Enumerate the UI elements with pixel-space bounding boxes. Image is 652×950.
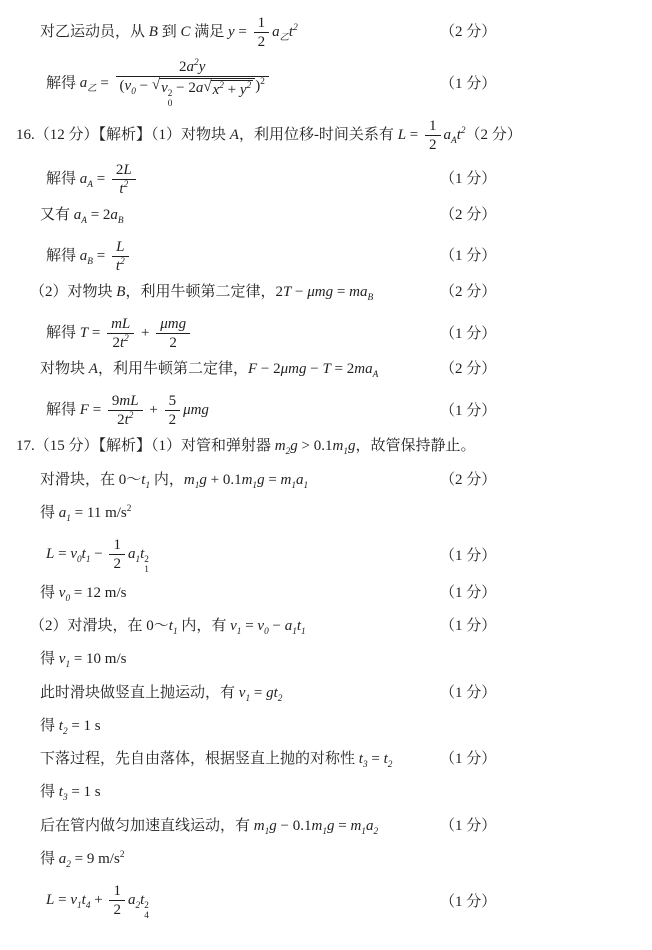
score-label: （1 分） bbox=[440, 616, 652, 636]
fraction-denominator: 2t2 bbox=[107, 334, 134, 352]
token-text: − bbox=[136, 78, 152, 94]
solution-line: 解得 F = 9mL2t2 + 52μmg（1 分） bbox=[0, 392, 652, 429]
token-text: μmg bbox=[307, 284, 333, 300]
token-text: − 0.1 bbox=[277, 818, 312, 834]
token-text: ，利用牛顿第二定律，2 bbox=[125, 284, 283, 300]
text-run: − bbox=[306, 361, 322, 377]
token-text: a bbox=[272, 24, 280, 40]
token-text: = bbox=[241, 618, 257, 634]
math-variable: t2 bbox=[274, 685, 283, 701]
math-variable: a2 bbox=[366, 818, 378, 834]
math-variable: t24 bbox=[140, 892, 149, 908]
text-run: （2）对物块 bbox=[30, 284, 116, 300]
token-text: g bbox=[290, 438, 298, 454]
token-text: = bbox=[88, 325, 104, 341]
fraction-denominator: (v0 − √v20 − 2a√x2 + y2)2 bbox=[116, 77, 269, 110]
score-label: （2 分） bbox=[440, 470, 652, 490]
text-run: 解得 bbox=[46, 325, 80, 341]
line-content: 对物块 A，利用牛顿第二定律，F − 2μmg − T = 2maA bbox=[0, 359, 440, 379]
text-run: ，利用牛顿第二定律， bbox=[98, 361, 248, 377]
superscript: 2 bbox=[260, 77, 265, 87]
fraction-numerator: 1 bbox=[109, 882, 125, 901]
subscript: 1 bbox=[301, 627, 306, 637]
token-text: = bbox=[235, 24, 251, 40]
text-run: = bbox=[54, 892, 70, 908]
score-label: （1 分） bbox=[440, 401, 652, 421]
token-text: T bbox=[322, 361, 330, 377]
math-variable: g bbox=[269, 818, 277, 834]
score-label: （1 分） bbox=[440, 583, 652, 603]
fraction-numerator: 1 bbox=[254, 14, 270, 33]
token-text: = 2 bbox=[331, 361, 354, 377]
math-variable: a bbox=[196, 80, 204, 96]
text-run: = bbox=[406, 127, 422, 143]
line-content: 得 t2 = 1 s bbox=[0, 716, 652, 736]
token-text: a bbox=[187, 59, 195, 75]
token-text: 解得 bbox=[46, 248, 80, 264]
token-text: = bbox=[54, 892, 70, 908]
text-run: 1 bbox=[113, 883, 121, 899]
math-variable: F bbox=[80, 402, 89, 418]
text-run: 2 bbox=[429, 137, 437, 153]
token-text: = bbox=[250, 685, 266, 701]
text-run: （2 分） bbox=[466, 127, 522, 143]
token-text: + 0.1 bbox=[207, 472, 242, 488]
token-text: 2 bbox=[169, 335, 177, 351]
fraction-numerator: 1 bbox=[109, 536, 125, 555]
math-variable: t1 bbox=[169, 618, 178, 634]
token-text: 2 bbox=[258, 34, 266, 50]
fraction: Lt2 bbox=[112, 238, 129, 275]
token-text: 对物块 bbox=[40, 361, 89, 377]
token-text: B bbox=[149, 24, 158, 40]
math-variable: μmg bbox=[160, 316, 186, 332]
math-variable: C bbox=[180, 24, 190, 40]
token-text: L bbox=[116, 239, 124, 255]
text-run: 后在管内做匀加速直线运动，有 bbox=[40, 818, 254, 834]
line-content: L = v0t1 − 12a1t21 bbox=[0, 536, 440, 576]
line-content: 得 a2 = 9 m/s2 bbox=[0, 849, 652, 869]
solution-line: 此时滑块做竖直上抛运动，有 v1 = gt2（1 分） bbox=[0, 683, 652, 703]
token-text: m bbox=[332, 438, 343, 454]
token-text: 内， bbox=[150, 472, 184, 488]
text-run: 内，有 bbox=[178, 618, 231, 634]
token-text: = 2 bbox=[87, 207, 110, 223]
solution-line: 得 v1 = 10 m/s bbox=[0, 649, 652, 669]
token-text: （2）对滑块，在 0～ bbox=[30, 618, 169, 634]
math-variable: μmg bbox=[183, 402, 209, 418]
token-text: = bbox=[334, 818, 350, 834]
math-variable: a1 bbox=[296, 472, 308, 488]
text-run: = bbox=[54, 546, 70, 562]
text-run: = 1 s bbox=[68, 718, 101, 734]
line-content: 解得 aB = Lt2 bbox=[0, 238, 440, 275]
score-label: （2 分） bbox=[440, 22, 652, 42]
math-variable: aB bbox=[80, 248, 93, 264]
line-content: 此时滑块做竖直上抛运动，有 v1 = gt2 bbox=[0, 683, 440, 703]
subscript: 乙 bbox=[280, 33, 289, 43]
text-run: 2 bbox=[117, 412, 125, 428]
text-run: = bbox=[333, 284, 349, 300]
fraction: 52 bbox=[165, 392, 181, 429]
math-variable: aA bbox=[80, 171, 93, 187]
text-run: − bbox=[90, 546, 106, 562]
text-run: 到 bbox=[158, 24, 181, 40]
solution-line: 17.（15 分）【解析】（1）对管和弹射器 m2g > 0.1m1g，故管保持… bbox=[0, 436, 652, 456]
token-text: y bbox=[228, 24, 235, 40]
text-run: = bbox=[89, 402, 105, 418]
fraction-numerator: 2L bbox=[112, 161, 136, 180]
token-text: 得 bbox=[40, 851, 59, 867]
token-text: A bbox=[89, 361, 98, 377]
solution-line: 解得 aA = 2Lt2（1 分） bbox=[0, 161, 652, 198]
line-content: 得 v0 = 12 m/s bbox=[0, 583, 440, 603]
token-text: 解得 bbox=[46, 75, 80, 91]
math-variable: a2 bbox=[59, 851, 71, 867]
math-variable: a2 bbox=[187, 59, 199, 75]
subscript: 乙 bbox=[87, 84, 96, 94]
sub-sup-stack: 21 bbox=[144, 556, 149, 576]
text-run: + 0.1 bbox=[207, 472, 242, 488]
math-variable: v1 bbox=[230, 618, 241, 634]
text-run: 解得 bbox=[46, 402, 80, 418]
text-run: 1 bbox=[429, 118, 437, 134]
token-text: mL bbox=[111, 316, 130, 332]
math-variable: g bbox=[266, 685, 274, 701]
token-text: 解得 bbox=[46, 171, 80, 187]
text-run: = 2 bbox=[87, 207, 110, 223]
text-run: 得 bbox=[40, 784, 59, 800]
text-run: 2 bbox=[179, 59, 187, 75]
fraction: 12 bbox=[254, 14, 270, 51]
token-text: = bbox=[54, 546, 70, 562]
text-run: − bbox=[291, 284, 307, 300]
token-text: − bbox=[306, 361, 322, 377]
token-text: 解得 bbox=[46, 402, 80, 418]
score-label: （2 分） bbox=[440, 205, 652, 225]
solution-line: 得 v0 = 12 m/s（1 分） bbox=[0, 583, 652, 603]
token-text: m bbox=[184, 472, 195, 488]
token-text: = 10 m/s bbox=[70, 651, 126, 667]
fraction-numerator: 1 bbox=[425, 117, 441, 136]
token-text: 得 bbox=[40, 784, 59, 800]
line-content: 解得 F = 9mL2t2 + 52μmg bbox=[0, 392, 440, 429]
token-text: C bbox=[180, 24, 190, 40]
fraction-denominator: 2 bbox=[254, 33, 270, 51]
token-text: ma bbox=[349, 284, 367, 300]
fraction-denominator: 2t2 bbox=[108, 411, 143, 429]
token-text: ，利用位移-时间关系有 bbox=[239, 127, 398, 143]
math-variable: t2 bbox=[457, 127, 466, 143]
token-text: 16.（12 分）【解析】（1）对物块 bbox=[16, 127, 230, 143]
math-variable: A bbox=[230, 127, 239, 143]
subscript: B bbox=[118, 216, 124, 226]
text-run: 解得 bbox=[46, 248, 80, 264]
solution-line: 得 a1 = 11 m/s2 bbox=[0, 503, 652, 523]
math-variable: maA bbox=[354, 361, 378, 377]
token-text: 1 bbox=[258, 15, 266, 31]
token-text: g bbox=[269, 818, 277, 834]
text-run: 内， bbox=[150, 472, 184, 488]
token-text: = 1 s bbox=[68, 784, 101, 800]
text-run: = 12 m/s bbox=[70, 585, 126, 601]
math-variable: t1 bbox=[141, 472, 150, 488]
math-variable: a2 bbox=[128, 892, 140, 908]
token-text: 此时滑块做竖直上抛运动，有 bbox=[40, 685, 239, 701]
math-variable: v0 bbox=[59, 585, 70, 601]
line-content: 解得 aA = 2Lt2 bbox=[0, 161, 440, 198]
text-run: 此时滑块做竖直上抛运动，有 bbox=[40, 685, 239, 701]
text-run: = bbox=[368, 751, 384, 767]
line-content: 下落过程，先自由落体，根据竖直上抛的对称性 t3 = t2 bbox=[0, 749, 440, 769]
text-run: − bbox=[136, 78, 152, 94]
math-variable: t2 bbox=[59, 718, 68, 734]
token-text: + bbox=[90, 892, 106, 908]
text-run: 解得 bbox=[46, 171, 80, 187]
token-text: μmg bbox=[160, 316, 186, 332]
token-text: 17.（15 分）【解析】（1）对管和弹射器 bbox=[16, 438, 275, 454]
solution-line: 对乙运动员，从 B 到 C 满足 y = 12a乙t2（2 分） bbox=[0, 14, 652, 51]
token-text: a bbox=[110, 207, 118, 223]
math-variable: m1 bbox=[242, 472, 258, 488]
token-text: 到 bbox=[158, 24, 181, 40]
line-content: 对乙运动员，从 B 到 C 满足 y = 12a乙t2 bbox=[0, 14, 440, 51]
token-text: 解得 bbox=[46, 325, 80, 341]
token-text: + bbox=[146, 402, 162, 418]
token-text: = bbox=[97, 75, 113, 91]
fraction-denominator: t2 bbox=[112, 257, 129, 275]
fraction: 9mL2t2 bbox=[108, 392, 143, 429]
text-run: 2 bbox=[258, 34, 266, 50]
text-run: 满足 bbox=[190, 24, 228, 40]
solution-line: L = v1t4 + 12a2t24（1 分） bbox=[0, 882, 652, 922]
text-run: = bbox=[250, 685, 266, 701]
token-text: = bbox=[368, 751, 384, 767]
token-text: 2 bbox=[113, 556, 121, 572]
token-text: g bbox=[199, 472, 207, 488]
text-run: = bbox=[97, 75, 113, 91]
token-text: 得 bbox=[40, 651, 59, 667]
token-text: 得 bbox=[40, 505, 59, 521]
token-text: a bbox=[444, 127, 452, 143]
token-text: = bbox=[265, 472, 281, 488]
token-text: + bbox=[137, 325, 153, 341]
fraction-denominator: 2 bbox=[109, 555, 125, 573]
text-run: 2 bbox=[113, 335, 121, 351]
math-variable: L bbox=[116, 239, 124, 255]
solution-line: 对物块 A，利用牛顿第二定律，F − 2μmg − T = 2maA（2 分） bbox=[0, 359, 652, 379]
math-variable: mL bbox=[119, 393, 138, 409]
text-run: − 2 bbox=[172, 80, 195, 96]
solution-line: 解得 T = mL2t2 + μmg2（1 分） bbox=[0, 315, 652, 352]
math-variable: t2 bbox=[289, 24, 298, 40]
line-content: L = v1t4 + 12a2t24 bbox=[0, 882, 440, 922]
math-variable: y bbox=[228, 24, 235, 40]
subscript: 4 bbox=[144, 912, 149, 922]
score-label: （1 分） bbox=[440, 816, 652, 836]
subscript: A bbox=[373, 370, 379, 380]
math-variable: v0 bbox=[70, 546, 81, 562]
math-variable: a1 bbox=[128, 546, 140, 562]
token-text: ma bbox=[354, 361, 372, 377]
math-variable: g bbox=[199, 472, 207, 488]
math-variable: x2 bbox=[213, 82, 224, 98]
token-text: 2 bbox=[117, 412, 125, 428]
text-run: 2 bbox=[169, 412, 177, 428]
line-content: （2）对滑块，在 0～t1 内，有 v1 = v0 − a1t1 bbox=[0, 616, 440, 636]
token-text: A bbox=[230, 127, 239, 143]
math-variable: m1 bbox=[311, 818, 327, 834]
text-run: − bbox=[269, 618, 285, 634]
token-text: 对滑块，在 0～ bbox=[40, 472, 141, 488]
superscript: 2 bbox=[127, 504, 132, 514]
text-run: 得 bbox=[40, 718, 59, 734]
fraction: μmg2 bbox=[156, 315, 190, 352]
line-content: 得 a1 = 11 m/s2 bbox=[0, 503, 652, 523]
math-variable: mL bbox=[111, 316, 130, 332]
token-text: m bbox=[254, 818, 265, 834]
token-text: 下落过程，先自由落体，根据竖直上抛的对称性 bbox=[40, 751, 359, 767]
math-variable: m1 bbox=[184, 472, 200, 488]
token-text: y bbox=[199, 59, 206, 75]
subscript: 0 bbox=[168, 100, 173, 110]
score-label: （2 分） bbox=[440, 282, 652, 302]
token-text: 后在管内做匀加速直线运动，有 bbox=[40, 818, 254, 834]
line-content: （2）对物块 B，利用牛顿第二定律，2T − μmg = maB bbox=[0, 282, 440, 302]
sub-sup-stack: 24 bbox=[144, 902, 149, 922]
token-text: = 11 m/s bbox=[71, 505, 127, 521]
text-run: 2 bbox=[113, 902, 121, 918]
line-content: 后在管内做匀加速直线运动，有 m1g − 0.1m1g = m1a2 bbox=[0, 816, 440, 836]
token-text: 对乙运动员，从 bbox=[40, 24, 149, 40]
token-text: > 0.1 bbox=[298, 438, 333, 454]
token-text: 得 bbox=[40, 585, 59, 601]
text-run: 2 bbox=[169, 335, 177, 351]
fraction-numerator: μmg bbox=[156, 315, 190, 334]
math-variable: t2 bbox=[116, 258, 125, 274]
token-text: 2 bbox=[113, 902, 121, 918]
subscript: 1 bbox=[304, 481, 309, 491]
math-variable: v0 bbox=[125, 78, 136, 94]
math-variable: t2 bbox=[384, 751, 393, 767]
token-text: − bbox=[291, 284, 307, 300]
line-content: 得 t3 = 1 s bbox=[0, 782, 652, 802]
math-variable: aB bbox=[110, 207, 123, 223]
text-run: = 9 m/s2 bbox=[71, 851, 125, 867]
token-text: L bbox=[398, 127, 406, 143]
token-text: a bbox=[296, 472, 304, 488]
math-variable: m1 bbox=[332, 438, 348, 454]
solution-line: 下落过程，先自由落体，根据竖直上抛的对称性 t3 = t2（1 分） bbox=[0, 749, 652, 769]
text-run: = 11 m/s2 bbox=[71, 505, 131, 521]
token-text: a bbox=[196, 80, 204, 96]
text-run: 17.（15 分）【解析】（1）对管和弹射器 bbox=[16, 438, 275, 454]
token-text: v bbox=[161, 80, 168, 96]
line-content: 解得 a乙 = 2a2y(v0 − √v20 − 2a√x2 + y2)2 bbox=[0, 58, 440, 110]
fraction-numerator: L bbox=[112, 238, 129, 257]
token-text: g bbox=[257, 472, 265, 488]
fraction: 12 bbox=[109, 882, 125, 919]
fraction: mL2t2 bbox=[107, 315, 134, 352]
math-variable: v0 bbox=[257, 618, 268, 634]
text-run: + bbox=[224, 82, 240, 98]
subscript: 2 bbox=[278, 694, 283, 704]
token-text: 1 bbox=[113, 537, 121, 553]
math-variable: aA bbox=[74, 207, 87, 223]
text-run: 对乙运动员，从 bbox=[40, 24, 149, 40]
score-label: （1 分） bbox=[440, 324, 652, 344]
math-variable: a乙 bbox=[80, 75, 97, 91]
line-content: 解得 T = mL2t2 + μmg2 bbox=[0, 315, 440, 352]
math-variable: T bbox=[80, 325, 88, 341]
text-run: 得 bbox=[40, 851, 59, 867]
text-run: （2）对滑块，在 0～ bbox=[30, 618, 169, 634]
text-run: − 0.1 bbox=[277, 818, 312, 834]
token-text: mL bbox=[119, 393, 138, 409]
solution-line: L = v0t1 − 12a1t21（1 分） bbox=[0, 536, 652, 576]
math-variable: μmg bbox=[281, 361, 307, 377]
score-label: （1 分） bbox=[440, 749, 652, 769]
text-run: + bbox=[90, 892, 106, 908]
math-variable: F bbox=[248, 361, 257, 377]
token-text: + bbox=[224, 82, 240, 98]
token-text: v bbox=[70, 546, 77, 562]
token-text: m bbox=[311, 818, 322, 834]
token-text: F bbox=[80, 402, 89, 418]
token-text: v bbox=[230, 618, 237, 634]
line-content: 对滑块，在 0～t1 内，m1g + 0.1m1g = m1a1 bbox=[0, 470, 440, 490]
subscript: 1 bbox=[144, 566, 149, 576]
text-run: 得 bbox=[40, 585, 59, 601]
score-label: （1 分） bbox=[440, 169, 652, 189]
token-text: − 2 bbox=[257, 361, 280, 377]
math-variable: maB bbox=[349, 284, 373, 300]
subscript: 2 bbox=[373, 827, 378, 837]
solution-line: 解得 aB = Lt2（1 分） bbox=[0, 238, 652, 275]
text-run: = 10 m/s bbox=[70, 651, 126, 667]
text-run: + bbox=[146, 402, 162, 418]
math-variable: v1 bbox=[239, 685, 250, 701]
text-run: − 2 bbox=[257, 361, 280, 377]
fraction-numerator: mL bbox=[107, 315, 134, 334]
superscript: 2 bbox=[293, 23, 298, 33]
solution-line: 后在管内做匀加速直线运动，有 m1g − 0.1m1g = m1a2（1 分） bbox=[0, 816, 652, 836]
math-variable: m2 bbox=[275, 438, 291, 454]
math-variable: t1 bbox=[297, 618, 306, 634]
token-text: 1 bbox=[113, 883, 121, 899]
radical-sign: √ bbox=[203, 79, 211, 96]
score-label: （1 分） bbox=[440, 892, 652, 912]
superscript: 2 bbox=[124, 180, 129, 190]
math-variable: B bbox=[149, 24, 158, 40]
text-run: 下落过程，先自由落体，根据竖直上抛的对称性 bbox=[40, 751, 359, 767]
text-run: = bbox=[93, 248, 109, 264]
text-run: + bbox=[137, 325, 153, 341]
text-run: = bbox=[93, 171, 109, 187]
text-run: 对物块 bbox=[40, 361, 89, 377]
text-run: = bbox=[334, 818, 350, 834]
square-root: √v20 − 2a√x2 + y2 bbox=[152, 78, 255, 110]
fraction-numerator: 5 bbox=[165, 392, 181, 411]
math-variable: aA bbox=[444, 127, 457, 143]
text-run: = bbox=[235, 24, 251, 40]
subscript: B bbox=[367, 293, 373, 303]
fraction: 12 bbox=[109, 536, 125, 573]
score-label: （1 分） bbox=[440, 74, 652, 94]
fraction-numerator: 9mL bbox=[108, 392, 143, 411]
solution-line: 解得 a乙 = 2a2y(v0 − √v20 − 2a√x2 + y2)2（1 … bbox=[0, 58, 652, 110]
text-run: 对滑块，在 0～ bbox=[40, 472, 141, 488]
